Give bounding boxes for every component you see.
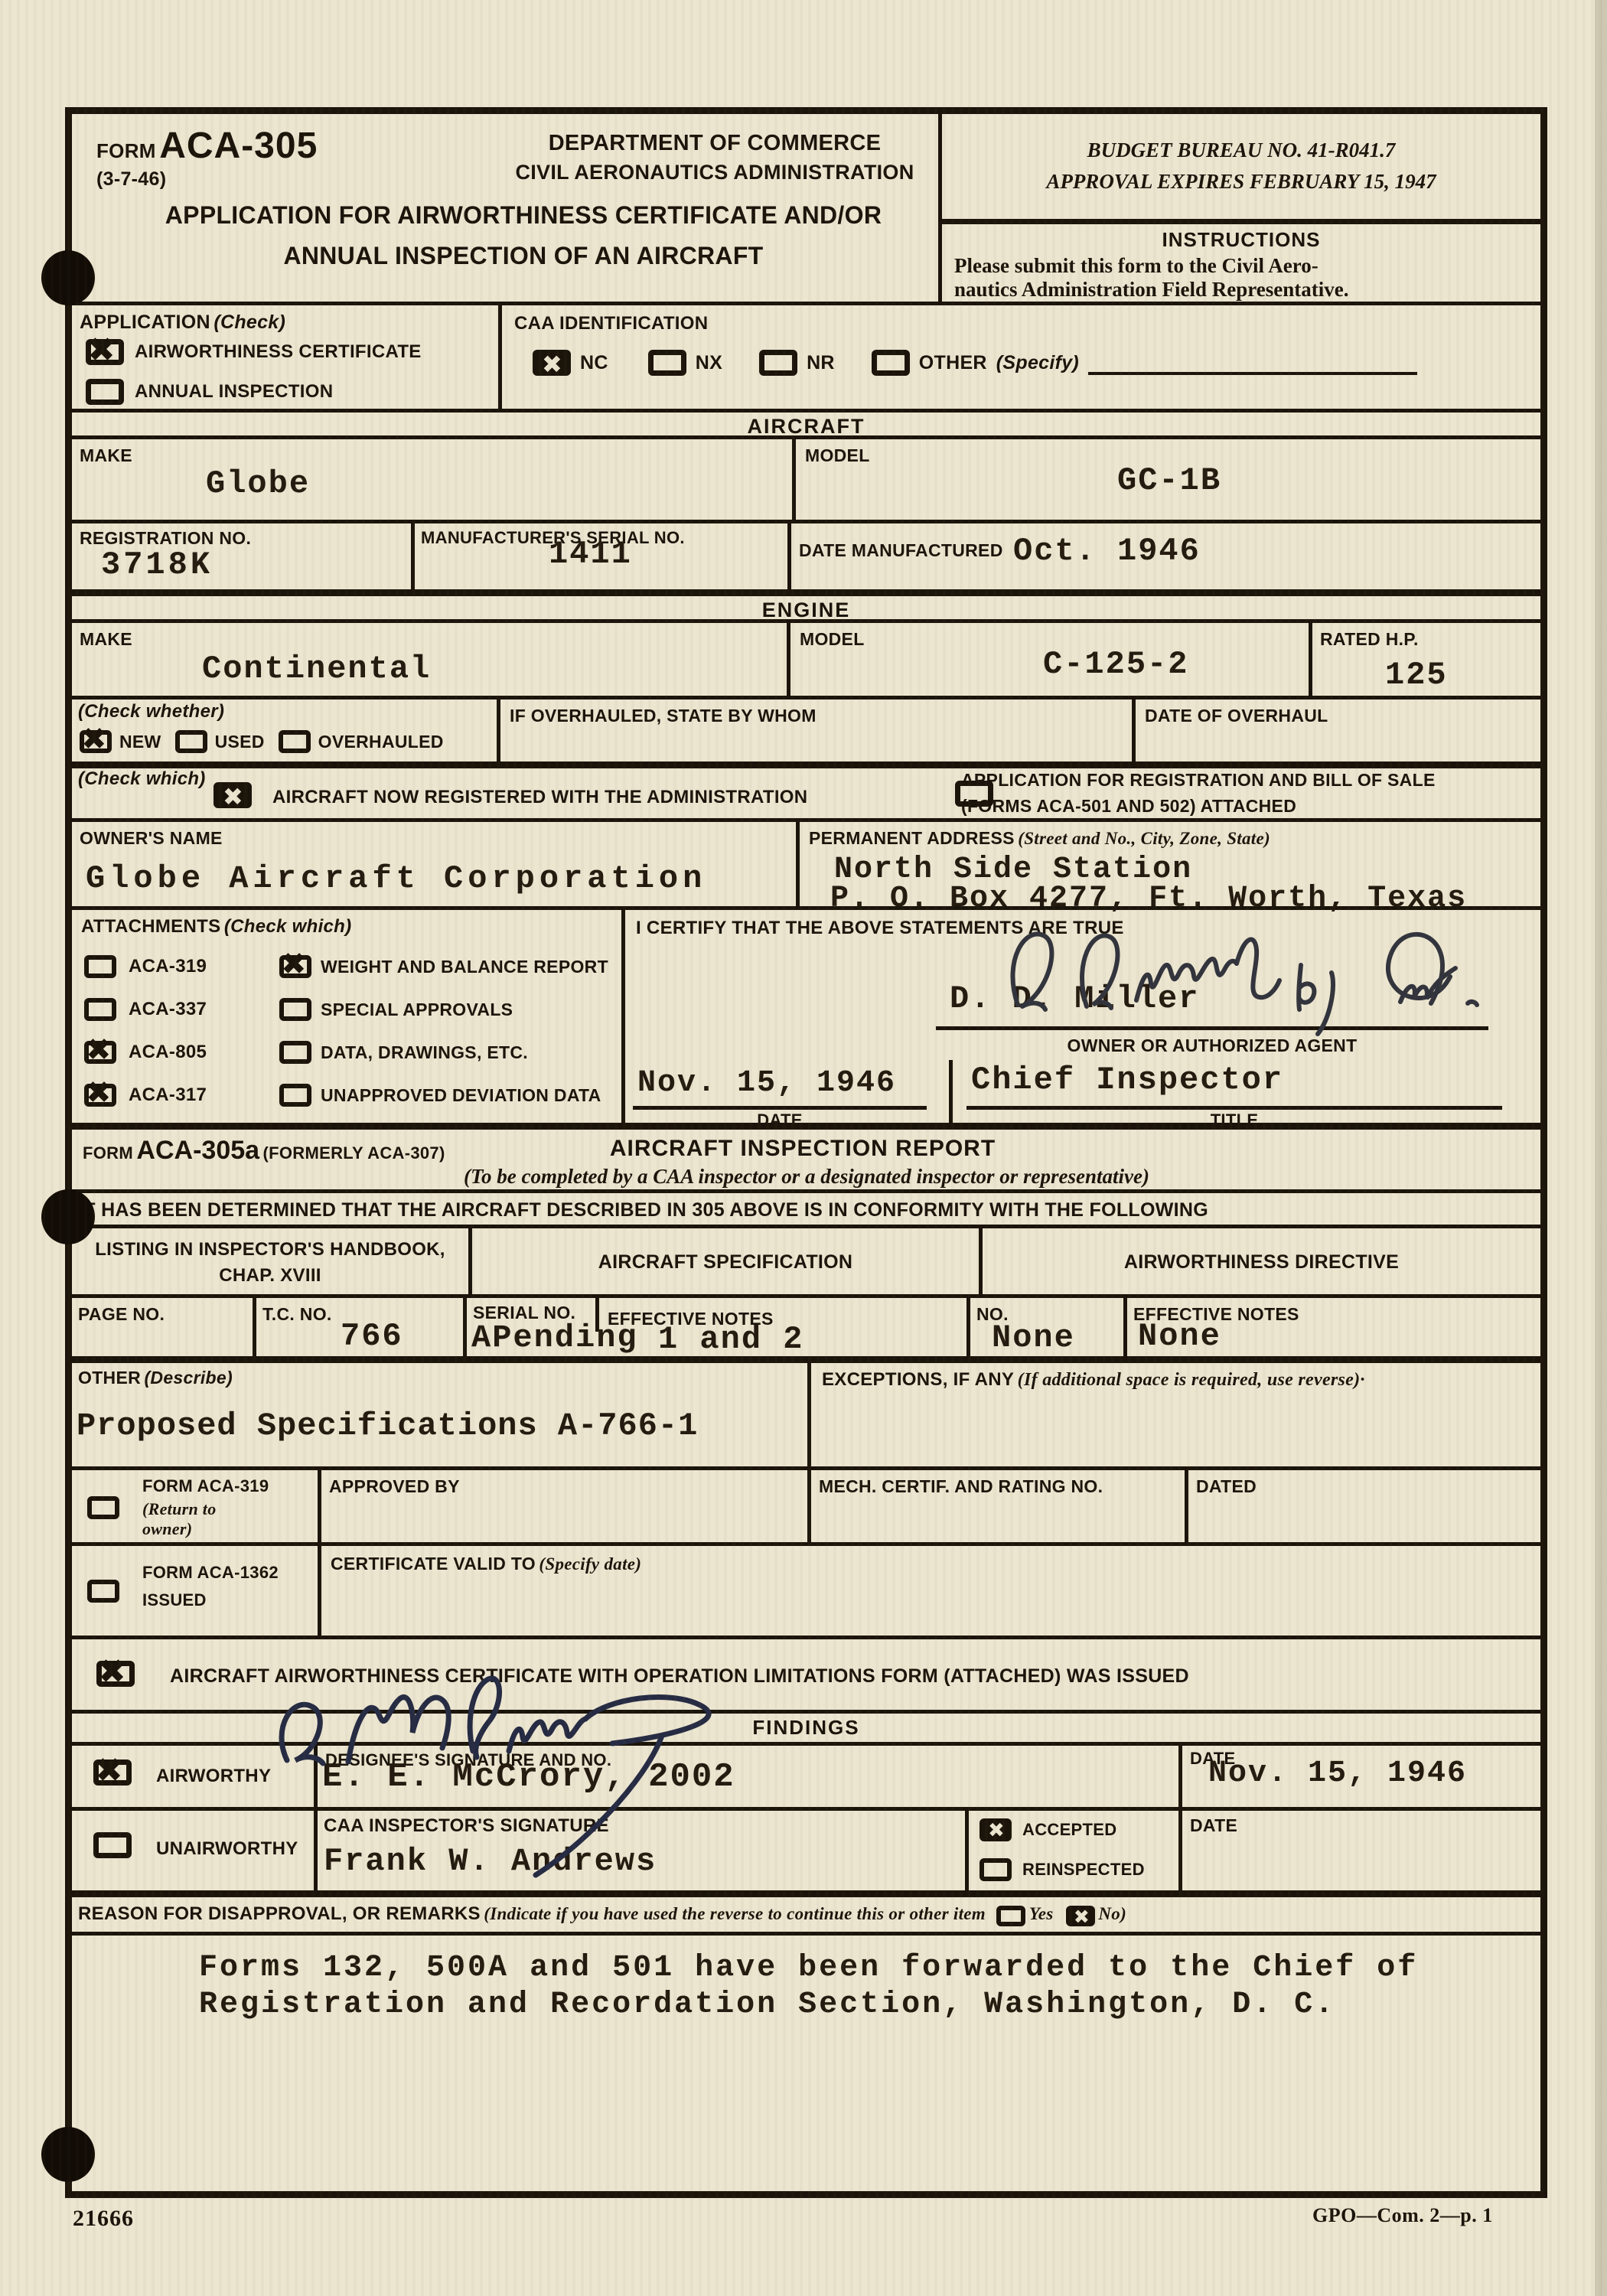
- registration-status-cell: (Check which) ✖ AIRCRAFT NOW REGISTERED …: [72, 768, 1540, 818]
- attachments-cell: ATTACHMENTS (Check which) ACA-319 ✖WEIGH…: [72, 910, 625, 1123]
- check-mark: ✖: [95, 1754, 123, 1788]
- page-no-label: PAGE NO.: [78, 1304, 165, 1325]
- designee-signature-cell: DESIGNEE'S SIGNATURE AND NO. E. E. McCro…: [318, 1746, 1182, 1807]
- engine-section-band: ENGINE: [72, 596, 1540, 623]
- inspector-signature-label: CAA INSPECTOR'S SIGNATURE: [324, 1815, 609, 1837]
- aca-337-label: ACA-337: [129, 999, 207, 1020]
- dated-label: DATED: [1196, 1476, 1257, 1497]
- check-which-label: (Check which): [78, 768, 206, 790]
- remarks-line2: Registration and Recordation Section, Wa…: [199, 1988, 1335, 2022]
- reason-label-paren: (Indicate if you have used the reverse t…: [484, 1904, 986, 1923]
- dated-cell: DATED: [1188, 1470, 1540, 1542]
- certification-date-value: Nov. 15, 1946: [637, 1066, 896, 1101]
- determination-cell: IT HAS BEEN DETERMINED THAT THE AIRCRAFT…: [72, 1193, 1540, 1225]
- rated-hp-label: RATED H.P.: [1320, 629, 1419, 650]
- nc-checkbox[interactable]: ✖: [533, 350, 571, 376]
- budget-bureau: BUDGET BUREAU NO. 41-R041.7 APPROVAL EXP…: [942, 114, 1540, 224]
- spec-notes-value: 1 and 2: [658, 1321, 803, 1358]
- nx-label: NX: [696, 352, 722, 374]
- form-aca-319-checkbox[interactable]: [87, 1496, 119, 1519]
- reason-line: REASON FOR DISAPPROVAL, OR REMARKS (Indi…: [78, 1903, 1126, 1926]
- airworthiness-certificate-option: ✖ AIRWORTHINESS CERTIFICATE: [86, 339, 422, 365]
- form-aca-1362-label-line2: ISSUED: [142, 1590, 207, 1610]
- other-label-main: OTHER: [78, 1368, 141, 1388]
- accepted-checkbox[interactable]: ✖: [980, 1818, 1012, 1841]
- mech-certif-label: MECH. CERTIF. AND RATING NO.: [819, 1476, 1103, 1497]
- form-id: FORM ACA-305 (3-7-46): [96, 125, 318, 191]
- engine-make-value: Continental: [202, 651, 431, 687]
- aircraft-model-value: GC-1B: [1117, 462, 1221, 499]
- registration-label: REGISTRATION NO.: [80, 528, 251, 549]
- reason-label-main: REASON FOR DISAPPROVAL, OR REMARKS: [78, 1903, 481, 1924]
- other-describe-label: OTHER (Describe): [78, 1368, 233, 1388]
- other-label-paren: (Describe): [144, 1368, 232, 1388]
- budget-line2: APPROVAL EXPIRES FEBRUARY 15, 1947: [942, 170, 1540, 194]
- check-mark: ✖: [281, 949, 307, 980]
- certification-date-label: DATE: [633, 1110, 927, 1130]
- weight-balance-checkbox[interactable]: ✖: [279, 955, 311, 978]
- aircraft-make-cell: MAKE Globe: [72, 439, 796, 520]
- inspection-values-row: PAGE NO. T.C. NO. 766 SERIAL NO. EFFECTI…: [72, 1298, 1540, 1363]
- directive-notes-cell: EFFECTIVE NOTES None: [1127, 1298, 1540, 1356]
- attachments-label-paren: (Check which): [224, 916, 352, 937]
- airworthy-label: AIRWORTHY: [156, 1766, 271, 1787]
- nx-checkbox[interactable]: [648, 350, 686, 376]
- check-mark: ✖: [223, 784, 243, 809]
- special-approvals-checkbox[interactable]: [279, 998, 311, 1021]
- instructions-line1: Please submit this form to the Civil Aer…: [942, 254, 1540, 278]
- instructions-line2: nautics Administration Field Representat…: [942, 278, 1540, 302]
- exceptions-cell: EXCEPTIONS, IF ANY (If additional space …: [811, 1363, 1540, 1466]
- certificate-valid-label-paren: (Specify date): [539, 1554, 641, 1574]
- stock-number: 21666: [73, 2206, 134, 2232]
- aca-319-row: FORM ACA-319 (Return to owner) APPROVED …: [72, 1470, 1540, 1546]
- caa-identification-label: CAA IDENTIFICATION: [514, 313, 708, 334]
- reinspected-option: REINSPECTED: [980, 1858, 1145, 1881]
- handbook-label-line2: CHAP. XVIII: [72, 1265, 468, 1287]
- other-value: Proposed Specifications A-766-1: [77, 1407, 698, 1444]
- remarks-body: Forms 132, 500A and 501 have been forwar…: [72, 1936, 1540, 2191]
- engine-model-label: MODEL: [800, 629, 865, 650]
- certificate-valid-label-main: CERTIFICATE VALID TO: [331, 1554, 536, 1574]
- serial-notes-cell: SERIAL NO. EFFECTIVE NOTES APending 1 an…: [467, 1298, 970, 1356]
- findings-inspector-row: UNAIRWORTHY CAA INSPECTOR'S SIGNATURE Fr…: [72, 1811, 1540, 1897]
- airworthiness-certificate-checkbox[interactable]: ✖: [86, 339, 124, 365]
- aca-319-label: ACA-319: [129, 956, 207, 977]
- data-drawings-checkbox[interactable]: [279, 1041, 311, 1064]
- directive-notes-value: None: [1138, 1318, 1221, 1355]
- hole-punch: [41, 1189, 95, 1244]
- directive-no-cell: NO. None: [970, 1298, 1127, 1356]
- handbook-column-header: LISTING IN INSPECTOR'S HANDBOOK, CHAP. X…: [72, 1228, 472, 1294]
- directive-column-header: AIRWORTHINESS DIRECTIVE: [983, 1228, 1540, 1294]
- form-aca-319-label: FORM ACA-319: [142, 1476, 269, 1496]
- airworthy-cell: ✖ AIRWORTHY: [72, 1746, 318, 1807]
- application-label-main: APPLICATION: [80, 311, 210, 333]
- new-checkbox[interactable]: ✖: [80, 730, 112, 753]
- owner-address-label: PERMANENT ADDRESS (Street and No., City,…: [809, 828, 1270, 849]
- overhauled-checkbox[interactable]: [279, 730, 311, 753]
- unairworthy-cell: UNAIRWORTHY: [72, 1811, 318, 1890]
- reverse-yes-checkbox[interactable]: [996, 1906, 1025, 1926]
- application-row: APPLICATION (Check) ✖ AIRWORTHINESS CERT…: [72, 305, 1540, 413]
- unapproved-deviation-label: UNAPPROVED DEVIATION DATA: [321, 1085, 601, 1106]
- annual-inspection-option: ANNUAL INSPECTION: [86, 379, 333, 405]
- annual-inspection-label: ANNUAL INSPECTION: [135, 381, 333, 403]
- attachments-certification-row: ATTACHMENTS (Check which) ACA-319 ✖WEIGH…: [72, 910, 1540, 1130]
- owner-name-value: Globe Aircraft Corporation: [86, 860, 706, 897]
- form-aca-1362-checkbox[interactable]: [87, 1580, 119, 1603]
- check-mark: ✖: [86, 1035, 112, 1065]
- caa-identification-section: CAA IDENTIFICATION ✖ NC NX NR OTHER (Spe…: [502, 305, 1540, 409]
- other-label: OTHER: [919, 352, 987, 374]
- check-whether-cell: (Check whether) ✖ NEW USED OVERHAULED: [72, 700, 500, 762]
- date-manufactured-cell: DATE MANUFACTURED Oct. 1946: [791, 523, 1540, 589]
- form-label: FORM: [96, 139, 156, 162]
- remarks-text-cell: Forms 132, 500A and 501 have been forwar…: [72, 1936, 1540, 2191]
- inspector-date-label: DATE: [1190, 1815, 1237, 1836]
- other-exceptions-row: OTHER (Describe) Proposed Specifications…: [72, 1363, 1540, 1470]
- aircraft-make-model-row: MAKE Globe MODEL GC-1B: [72, 439, 1540, 523]
- attachment-item: ✖ACA-805 DATA, DRAWINGS, ETC.: [84, 1031, 615, 1074]
- serial-cell: MANUFACTURER'S SERIAL NO. 1411: [415, 523, 791, 589]
- date-manufactured-label: DATE MANUFACTURED: [799, 540, 1003, 561]
- rated-hp-cell: RATED H.P. 125: [1312, 623, 1540, 696]
- bill-of-sale-label-line2: (FORMS ACA-501 AND 502) ATTACHED: [961, 796, 1296, 817]
- inspection-form-label: FORM: [83, 1143, 133, 1163]
- certificate-issued-cell: ✖ AIRCRAFT AIRWORTHINESS CERTIFICATE WIT…: [72, 1639, 1540, 1710]
- scanned-form-page: FORM ACA-305 (3-7-46) DEPARTMENT OF COMM…: [0, 0, 1607, 2296]
- check-mark: ✖: [1074, 1907, 1090, 1926]
- serial-value: 1411: [549, 536, 632, 572]
- department-block: DEPARTMENT OF COMMERCE CIVIL AERONAUTICS…: [470, 131, 960, 184]
- gpo-imprint: GPO—Com. 2—p. 1: [1312, 2204, 1493, 2227]
- other-specify-blank: [1088, 351, 1417, 375]
- spec-serial-value: APending: [471, 1319, 638, 1356]
- tc-no-label: T.C. NO.: [262, 1304, 332, 1325]
- other-label-paren: (Specify): [996, 352, 1079, 374]
- accepted-label: ACCEPTED: [1022, 1820, 1116, 1840]
- aircraft-section-band: AIRCRAFT: [72, 413, 1540, 439]
- form-number: ACA-305: [159, 126, 318, 166]
- check-mark: ✖: [988, 1821, 1005, 1841]
- nr-label: NR: [807, 352, 835, 374]
- form-title-line1: APPLICATION FOR AIRWORTHINESS CERTIFICAT…: [118, 201, 929, 230]
- aircraft-make-label: MAKE: [80, 445, 132, 466]
- exceptions-label-main: EXCEPTIONS, IF ANY: [822, 1369, 1014, 1390]
- owner-signature-line: [936, 1026, 1488, 1030]
- engine-condition-options: ✖ NEW USED OVERHAULED: [80, 730, 444, 753]
- approved-by-cell: APPROVED BY: [321, 1470, 811, 1542]
- form-aca-319-paren2: owner): [142, 1519, 192, 1539]
- annual-inspection-checkbox[interactable]: [86, 379, 124, 405]
- owner-row: OWNER'S NAME Globe Aircraft Corporation …: [72, 822, 1540, 910]
- form-title-line2: ANNUAL INSPECTION OF AN AIRCRAFT: [118, 242, 929, 270]
- scan-edge-shadow: [1595, 0, 1607, 2296]
- owner-address-cell: PERMANENT ADDRESS (Street and No., City,…: [800, 822, 1540, 906]
- hole-punch: [41, 250, 95, 305]
- data-drawings-label: DATA, DRAWINGS, ETC.: [321, 1042, 528, 1063]
- header-left: FORM ACA-305 (3-7-46) DEPARTMENT OF COMM…: [72, 114, 942, 302]
- engine-make-label: MAKE: [80, 629, 132, 650]
- inspection-form-number: ACA-305a: [136, 1136, 259, 1165]
- approved-by-label: APPROVED BY: [329, 1476, 460, 1497]
- instructions-title: INSTRUCTIONS: [942, 228, 1540, 252]
- engine-make-model-row: MAKE Continental MODEL C-125-2 RATED H.P…: [72, 623, 1540, 700]
- findings-band: FINDINGS: [72, 1714, 1540, 1746]
- aircraft-model-cell: MODEL GC-1B: [796, 439, 1540, 520]
- weight-balance-label: WEIGHT AND BALANCE REPORT: [321, 957, 608, 977]
- rated-hp-value: 125: [1385, 657, 1448, 693]
- caa-identification-options: ✖ NC NX NR OTHER (Specify): [533, 350, 1417, 376]
- aircraft-section-title: AIRCRAFT: [72, 413, 1540, 435]
- owner-signature-typed: D. D. Miller: [950, 980, 1199, 1017]
- designee-date-value: Nov. 15, 1946: [1208, 1756, 1467, 1791]
- attachment-item: ACA-337 SPECIAL APPROVALS: [84, 988, 615, 1031]
- form-aca-319-paren1: (Return to: [142, 1499, 217, 1519]
- aircraft-registration-row: REGISTRATION NO. 3718K MANUFACTURER'S SE…: [72, 523, 1540, 596]
- reinspected-label: REINSPECTED: [1022, 1860, 1145, 1880]
- mech-certif-cell: MECH. CERTIF. AND RATING NO.: [811, 1470, 1188, 1542]
- inspection-report-title: AIRCRAFT INSPECTION REPORT: [401, 1136, 1204, 1162]
- owner-name-cell: OWNER'S NAME Globe Aircraft Corporation: [72, 822, 800, 906]
- findings-designee-row: ✖ AIRWORTHY DESIGNEE'S SIGNATURE AND NO.…: [72, 1746, 1540, 1811]
- engine-condition-row: (Check whether) ✖ NEW USED OVERHAULED IF…: [72, 700, 1540, 768]
- unapproved-deviation-checkbox[interactable]: [279, 1084, 311, 1107]
- budget-line1: BUDGET BUREAU NO. 41-R041.7: [942, 139, 1540, 162]
- used-checkbox[interactable]: [175, 730, 207, 753]
- certificate-valid-cell: CERTIFICATE VALID TO (Specify date): [321, 1546, 1540, 1636]
- certification-title-label: TITLE: [966, 1110, 1502, 1130]
- airworthy-checkbox[interactable]: ✖: [93, 1760, 132, 1786]
- nr-checkbox[interactable]: [759, 350, 797, 376]
- reason-row: REASON FOR DISAPPROVAL, OR REMARKS (Indi…: [72, 1897, 1540, 1936]
- header-row: FORM ACA-305 (3-7-46) DEPARTMENT OF COMM…: [72, 114, 1540, 305]
- certification-date-line: [633, 1106, 927, 1110]
- certificate-issued-checkbox[interactable]: ✖: [96, 1661, 135, 1687]
- certify-statement: I CERTIFY THAT THE ABOVE STATEMENTS ARE …: [636, 918, 1124, 939]
- owner-address-label-paren: (Street and No., City, Zone, State): [1018, 829, 1270, 848]
- engine-make-cell: MAKE Continental: [72, 623, 790, 696]
- application-section: APPLICATION (Check) ✖ AIRWORTHINESS CERT…: [72, 305, 502, 409]
- directive-label: AIRWORTHINESS DIRECTIVE: [983, 1251, 1540, 1274]
- engine-model-value: C-125-2: [1043, 646, 1188, 683]
- unairworthy-checkbox[interactable]: [93, 1832, 132, 1858]
- findings-title: FINDINGS: [72, 1714, 1540, 1742]
- certificate-valid-label: CERTIFICATE VALID TO (Specify date): [331, 1554, 641, 1574]
- form-aca-1362-cell: FORM ACA-1362 ISSUED: [72, 1546, 321, 1636]
- aircraft-make-value: Globe: [206, 465, 310, 502]
- owner-name-label: OWNER'S NAME: [80, 828, 223, 849]
- certificate-issued-row: ✖ AIRCRAFT AIRWORTHINESS CERTIFICATE WIT…: [72, 1639, 1540, 1714]
- bill-of-sale-label-line1: APPLICATION FOR REGISTRATION AND BILL OF…: [961, 770, 1436, 791]
- determination-text: IT HAS BEEN DETERMINED THAT THE AIRCRAFT…: [78, 1199, 1208, 1221]
- overhaul-date-label: DATE OF OVERHAUL: [1145, 706, 1328, 726]
- header-right: BUDGET BUREAU NO. 41-R041.7 APPROVAL EXP…: [942, 114, 1540, 302]
- exceptions-label-paren: (If additional space is required, use re…: [1018, 1370, 1365, 1390]
- reverse-yes-label: Yes: [1029, 1904, 1054, 1923]
- aca-317-label: ACA-317: [129, 1084, 207, 1106]
- aca-317-checkbox[interactable]: ✖: [84, 1084, 116, 1107]
- other-cell: OTHER (Describe) Proposed Specifications…: [72, 1363, 811, 1466]
- nc-label: NC: [580, 352, 608, 374]
- attachments-label: ATTACHMENTS (Check which): [81, 916, 351, 938]
- designee-date-cell: DATE Nov. 15, 1946: [1182, 1746, 1540, 1807]
- inspection-report-band: FORM ACA-305a (FORMERLY ACA-307) AIRCRAF…: [72, 1130, 1540, 1193]
- designee-signature-typed: E. E. McCrory, 2002: [322, 1758, 735, 1796]
- reason-cell: REASON FOR DISAPPROVAL, OR REMARKS (Indi…: [72, 1897, 1540, 1932]
- form-aca-319-cell: FORM ACA-319 (Return to owner): [72, 1470, 321, 1542]
- tc-no-cell: T.C. NO. 766: [256, 1298, 467, 1356]
- registration-cell: REGISTRATION NO. 3718K: [72, 523, 415, 589]
- form-edition: (3-7-46): [96, 168, 318, 191]
- overhauled-by-label: IF OVERHAULED, STATE BY WHOM: [510, 706, 817, 726]
- aca-805-checkbox[interactable]: ✖: [84, 1041, 116, 1064]
- form-title: APPLICATION FOR AIRWORTHINESS CERTIFICAT…: [118, 201, 929, 270]
- engine-model-cell: MODEL C-125-2: [790, 623, 1312, 696]
- check-mark: ✖: [86, 1078, 112, 1108]
- other-checkbox[interactable]: [872, 350, 910, 376]
- attachment-item: ACA-319 ✖WEIGHT AND BALANCE REPORT: [84, 945, 615, 988]
- department-name: DEPARTMENT OF COMMERCE: [470, 131, 960, 156]
- inspector-date-cell: DATE: [1182, 1811, 1540, 1890]
- aca-805-label: ACA-805: [129, 1042, 207, 1063]
- reverse-no-checkbox[interactable]: ✖: [1066, 1906, 1095, 1926]
- overhauled-label: OVERHAULED: [318, 732, 444, 752]
- overhaul-date-cell: DATE OF OVERHAUL: [1136, 700, 1540, 762]
- registration-value: 3718K: [101, 546, 213, 583]
- check-mark: ✖: [98, 1655, 126, 1689]
- attachment-item: ✖ACA-317 UNAPPROVED DEVIATION DATA: [84, 1074, 615, 1117]
- registered-label: AIRCRAFT NOW REGISTERED WITH THE ADMINIS…: [272, 787, 807, 808]
- check-mark: ✖: [542, 352, 562, 377]
- accepted-reinspected-cell: ✖ ACCEPTED REINSPECTED: [969, 1811, 1182, 1890]
- check-mark: ✖: [87, 334, 116, 367]
- inspection-form-id: FORM ACA-305a (FORMERLY ACA-307): [83, 1136, 445, 1166]
- aca-1362-row: FORM ACA-1362 ISSUED CERTIFICATE VALID T…: [72, 1546, 1540, 1639]
- determination-row: IT HAS BEEN DETERMINED THAT THE AIRCRAFT…: [72, 1193, 1540, 1228]
- registration-status-row: (Check which) ✖ AIRCRAFT NOW REGISTERED …: [72, 768, 1540, 822]
- tc-no-value: 766: [341, 1318, 403, 1355]
- attachments-label-main: ATTACHMENTS: [81, 916, 220, 937]
- reinspected-checkbox[interactable]: [980, 1858, 1012, 1881]
- overhauled-by-cell: IF OVERHAULED, STATE BY WHOM: [500, 700, 1136, 762]
- administration-name: CIVIL AERONAUTICS ADMINISTRATION: [470, 161, 960, 184]
- check-mark: ✖: [81, 724, 107, 755]
- used-label: USED: [215, 732, 265, 752]
- inspection-report-subtitle: (To be completed by a CAA inspector or a…: [240, 1165, 1373, 1189]
- attachments-list: ACA-319 ✖WEIGHT AND BALANCE REPORT ACA-3…: [84, 945, 615, 1117]
- handbook-label-line1: LISTING IN INSPECTOR'S HANDBOOK,: [72, 1239, 468, 1261]
- date-title-divider: [949, 1060, 953, 1123]
- instructions: INSTRUCTIONS Please submit this form to …: [942, 224, 1540, 302]
- registered-checkbox[interactable]: ✖: [214, 782, 252, 808]
- engine-section-title: ENGINE: [72, 596, 1540, 619]
- unairworthy-label: UNAIRWORTHY: [156, 1838, 298, 1860]
- check-whether-label: (Check whether): [78, 701, 224, 722]
- spec-label: AIRCRAFT SPECIFICATION: [472, 1251, 979, 1274]
- inspector-signature-cell: CAA INSPECTOR'S SIGNATURE Frank W. Andre…: [318, 1811, 969, 1890]
- remarks-line1: Forms 132, 500A and 501 have been forwar…: [199, 1951, 1418, 1985]
- certification-cell: I CERTIFY THAT THE ABOVE STATEMENTS ARE …: [625, 910, 1540, 1123]
- reverse-no-label: No): [1098, 1904, 1126, 1923]
- aircraft-model-label: MODEL: [805, 445, 870, 466]
- form-aca-1362-label-line1: FORM ACA-1362: [142, 1563, 279, 1583]
- certificate-issued-label: AIRCRAFT AIRWORTHINESS CERTIFICATE WITH …: [170, 1665, 1189, 1688]
- aca-337-checkbox[interactable]: [84, 998, 116, 1021]
- page-no-cell: PAGE NO.: [72, 1298, 256, 1356]
- inspection-column-headers: LISTING IN INSPECTOR'S HANDBOOK, CHAP. X…: [72, 1228, 1540, 1298]
- new-label: NEW: [119, 732, 161, 752]
- form-aca-305: FORM ACA-305 (3-7-46) DEPARTMENT OF COMM…: [65, 107, 1547, 2198]
- certification-title-line: [966, 1106, 1502, 1110]
- owner-address-line2: P. O. Box 4277, Ft. Worth, Texas: [830, 882, 1467, 916]
- inspection-report-header: FORM ACA-305a (FORMERLY ACA-307) AIRCRAF…: [72, 1130, 1540, 1189]
- hole-punch: [41, 2127, 95, 2182]
- aca-319-checkbox[interactable]: [84, 955, 116, 978]
- owner-address-label-main: PERMANENT ADDRESS: [809, 828, 1015, 848]
- application-label-paren: (Check): [214, 311, 285, 333]
- certification-title-value: Chief Inspector: [971, 1062, 1283, 1098]
- special-approvals-label: SPECIAL APPROVALS: [321, 1000, 513, 1020]
- spec-column-header: AIRCRAFT SPECIFICATION: [472, 1228, 983, 1294]
- date-manufactured-value: Oct. 1946: [1013, 533, 1201, 569]
- inspector-signature-typed: Frank W. Andrews: [324, 1843, 657, 1880]
- airworthiness-certificate-label: AIRWORTHINESS CERTIFICATE: [135, 341, 422, 363]
- owner-agent-label: OWNER OR AUTHORIZED AGENT: [936, 1035, 1488, 1056]
- accepted-option: ✖ ACCEPTED: [980, 1818, 1116, 1841]
- directive-no-value: None: [992, 1319, 1075, 1356]
